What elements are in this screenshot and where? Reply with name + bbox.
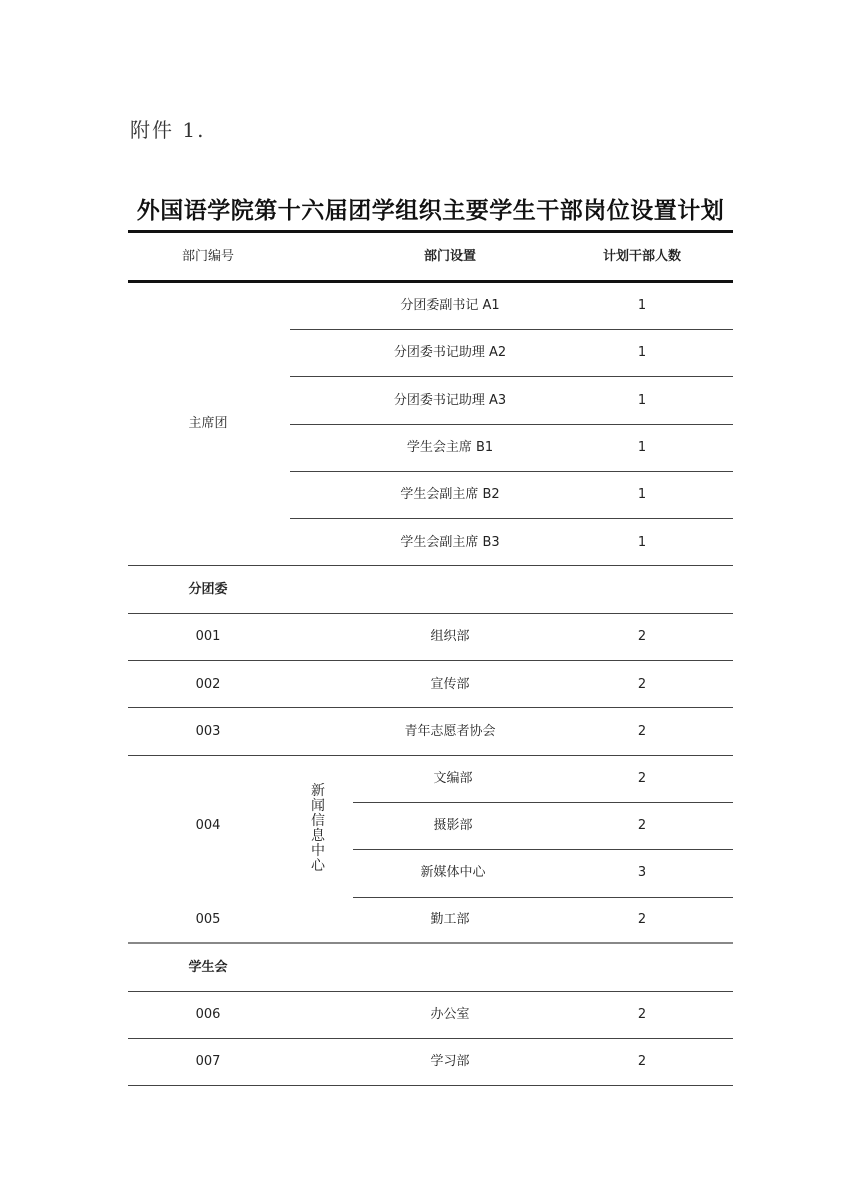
table-row-code: 002 — [160, 676, 256, 694]
table-top-rule — [128, 230, 733, 233]
table-row-code: 007 — [160, 1053, 256, 1071]
table-row-dept: 青年志愿者协会 — [330, 723, 570, 741]
table-row-position: 学生会主席 B1 — [330, 439, 570, 457]
table-row-count: 1 — [592, 297, 692, 315]
table-row-dept: 新媒体中心 — [353, 864, 553, 882]
label-char: 闻 — [308, 799, 328, 814]
table-row-count: 2 — [592, 911, 692, 929]
news-center-label: 新 闻 信 息 中 心 — [308, 784, 328, 874]
label-char: 信 — [308, 814, 328, 829]
row-divider — [128, 755, 733, 756]
row-divider — [290, 376, 733, 377]
section-label-student-union: 学生会 — [160, 959, 256, 977]
label-char: 心 — [308, 859, 328, 874]
attachment-label: 附件 1. — [130, 114, 205, 143]
row-divider — [128, 660, 733, 661]
header-bottom-rule — [128, 280, 733, 283]
table-row-count: 2 — [592, 1006, 692, 1024]
table-bottom-rule — [128, 1085, 733, 1086]
table-row-dept: 文编部 — [353, 770, 553, 788]
table-row-count: 2 — [592, 723, 692, 741]
header-planned-count: 计划干部人数 — [592, 248, 692, 266]
row-divider — [353, 897, 733, 898]
section-divider — [128, 565, 733, 566]
table-row-count: 1 — [592, 486, 692, 504]
label-char: 中 — [308, 844, 328, 859]
table-row-dept: 组织部 — [330, 628, 570, 646]
table-row-count: 1 — [592, 392, 692, 410]
table-row-dept: 摄影部 — [353, 817, 553, 835]
table-row-count: 2 — [592, 676, 692, 694]
row-divider — [128, 707, 733, 708]
table-row-count: 1 — [592, 344, 692, 362]
table-row-code: 001 — [160, 628, 256, 646]
header-dept-code: 部门编号 — [160, 248, 256, 266]
section-divider — [128, 942, 733, 944]
news-center-code: 004 — [160, 817, 256, 835]
table-row-position: 分团委书记助理 A3 — [330, 392, 570, 410]
table-row-code: 005 — [160, 911, 256, 929]
table-row-count: 2 — [592, 1053, 692, 1071]
table-row-dept: 勤工部 — [330, 911, 570, 929]
table-row-position: 学生会副主席 B3 — [330, 534, 570, 552]
document-title: 外国语学院第十六届团学组织主要学生干部岗位设置计划 — [128, 192, 733, 225]
row-divider — [290, 518, 733, 519]
table-row-dept: 办公室 — [330, 1006, 570, 1024]
table-row-count: 1 — [592, 439, 692, 457]
row-divider — [353, 802, 733, 803]
table-row-count: 2 — [592, 817, 692, 835]
table-row-code: 003 — [160, 723, 256, 741]
row-divider — [128, 991, 733, 992]
table-row-count: 3 — [592, 864, 692, 882]
row-divider — [353, 849, 733, 850]
table-row-count: 2 — [592, 628, 692, 646]
row-divider — [290, 424, 733, 425]
table-row-code: 006 — [160, 1006, 256, 1024]
table-row-position: 分团委书记助理 A2 — [330, 344, 570, 362]
table-row-position: 分团委副书记 A1 — [330, 297, 570, 315]
row-divider — [128, 613, 733, 614]
row-divider — [290, 471, 733, 472]
label-char: 息 — [308, 829, 328, 844]
table-row-dept: 学习部 — [330, 1053, 570, 1071]
table-row-position: 学生会副主席 B2 — [330, 486, 570, 504]
table-row-count: 2 — [592, 770, 692, 788]
row-divider — [290, 329, 733, 330]
row-divider — [128, 1038, 733, 1039]
label-char: 新 — [308, 784, 328, 799]
table-row-count: 1 — [592, 534, 692, 552]
table-row-dept: 宣传部 — [330, 676, 570, 694]
section-label-league-committee: 分团委 — [160, 581, 256, 599]
header-dept-setting: 部门设置 — [330, 248, 570, 266]
presidium-group-label: 主席团 — [160, 415, 256, 433]
